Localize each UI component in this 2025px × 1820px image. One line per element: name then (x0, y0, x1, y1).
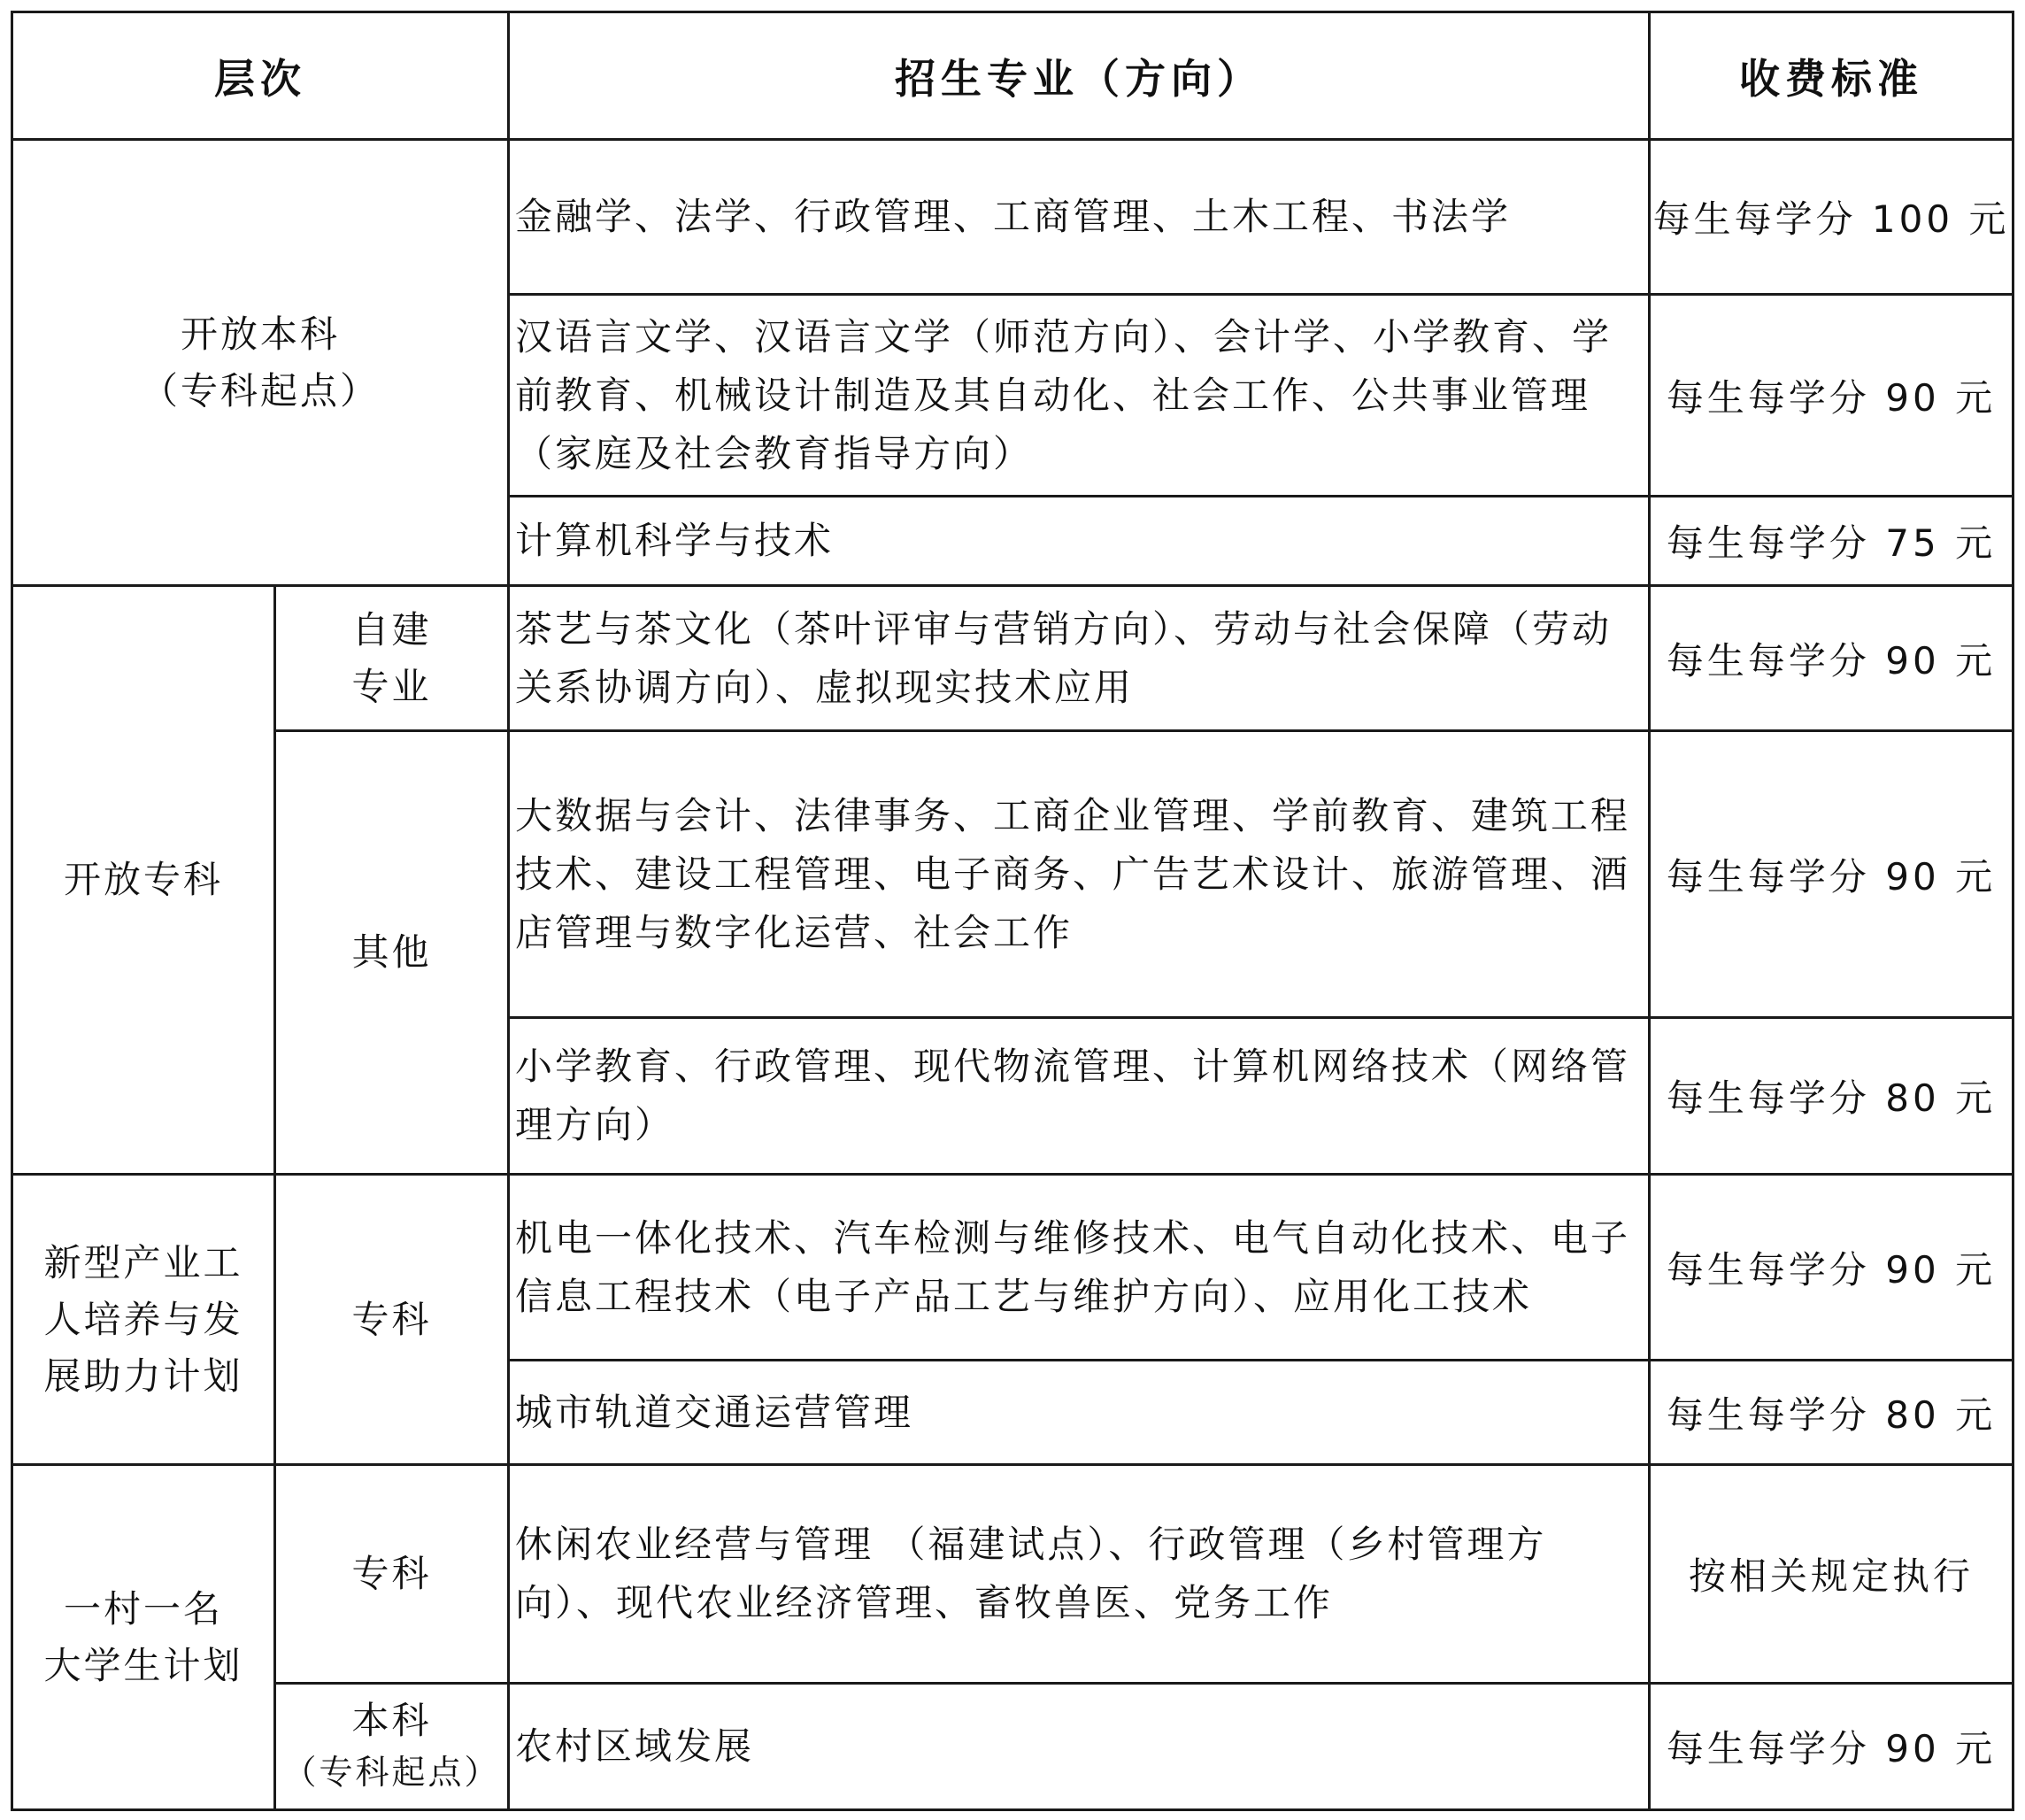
fee-text: 每生每学分 90 元 (1667, 632, 1996, 685)
header-level: 层次 (11, 11, 510, 141)
major-text: 汉语言文学、汉语言文学（师范方向）、会计学、小学教育、学前教育、机械设计制造及其… (515, 308, 1643, 483)
fee-cell: 每生每学分 80 元 (1648, 1016, 2014, 1176)
sublevel-junior-college: 专科 (273, 1463, 510, 1685)
level-industrial-worker-plan: 新型产业工 人培养与发 展助力计划 (11, 1173, 276, 1466)
major-cell: 城市轨道交通运营管理 (507, 1359, 1651, 1466)
major-text: 农村区域发展 (515, 1717, 754, 1776)
major-cell: 汉语言文学、汉语言文学（师范方向）、会计学、小学教育、学前教育、机械设计制造及其… (507, 293, 1651, 497)
major-cell: 计算机科学与技术 (507, 495, 1651, 587)
fee-text: 每生每学分 90 元 (1667, 848, 1996, 901)
major-cell: 金融学、法学、行政管理、工商管理、土木工程、书法学 (507, 138, 1651, 296)
major-text: 机电一体化技术、汽车检测与维修技术、电气自动化技术、电子信息工程技术（电子产品工… (515, 1209, 1643, 1326)
sublevel-line: 专科 (351, 1545, 431, 1603)
major-text: 金融学、法学、行政管理、工商管理、土木工程、书法学 (515, 188, 1511, 246)
level-line: 一村一名 (64, 1581, 223, 1638)
fee-text: 每生每学分 90 元 (1667, 1241, 1996, 1294)
sublevel-other: 其他 (273, 729, 510, 1176)
fee-cell: 每生每学分 90 元 (1648, 293, 2014, 497)
fee-cell: 每生每学分 90 元 (1648, 1173, 2014, 1361)
major-cell: 大数据与会计、法律事务、工商企业管理、学前教育、建筑工程技术、建设工程管理、电子… (507, 729, 1651, 1019)
fee-text: 每生每学分 90 元 (1667, 1720, 1996, 1773)
header-major: 招生专业（方向） (507, 11, 1651, 141)
level-line: 大学生计划 (43, 1638, 243, 1694)
fee-cell: 每生每学分 80 元 (1648, 1359, 2014, 1466)
major-cell: 农村区域发展 (507, 1682, 1651, 1811)
level-line: 开放专科 (64, 851, 223, 909)
major-text: 计算机科学与技术 (515, 512, 834, 570)
level-line: 展助力计划 (43, 1348, 243, 1405)
fee-text: 每生每学分 75 元 (1667, 514, 1996, 567)
sublevel-line: 自建 (351, 602, 431, 659)
fee-cell: 每生每学分 90 元 (1648, 1682, 2014, 1811)
level-line: 人培养与发 (43, 1292, 243, 1348)
major-text: 大数据与会计、法律事务、工商企业管理、学前教育、建筑工程技术、建设工程管理、电子… (515, 787, 1643, 962)
sublevel-line: 专科 (351, 1291, 431, 1349)
sublevel-line: 本科 (351, 1695, 431, 1747)
sublevel-junior-college: 专科 (273, 1173, 510, 1466)
major-cell: 小学教育、行政管理、现代物流管理、计算机网络技术（网络管理方向） (507, 1016, 1651, 1176)
major-text: 小学教育、行政管理、现代物流管理、计算机网络技术（网络管理方向） (515, 1037, 1643, 1154)
fee-cell: 每生每学分 75 元 (1648, 495, 2014, 587)
level-one-village-one-student-plan: 一村一名 大学生计划 (11, 1463, 276, 1811)
level-line: （专科起点） (141, 363, 380, 420)
sublevel-self-built: 自建 专业 (273, 584, 510, 732)
fee-text: 每生每学分 100 元 (1653, 190, 2010, 243)
fee-text: 每生每学分 80 元 (1667, 1069, 1996, 1122)
level-open-undergrad: 开放本科 （专科起点） (11, 138, 510, 587)
sublevel-line: 专业 (351, 659, 431, 715)
fee-text: 每生每学分 90 元 (1667, 369, 1996, 422)
header-fee: 收费标准 (1648, 11, 2014, 141)
major-text: 城市轨道交通运营管理 (515, 1384, 913, 1442)
level-line: 新型产业工 (43, 1235, 243, 1292)
header-level-label: 层次 (214, 47, 306, 105)
major-text: 茶艺与茶文化（茶叶评审与营销方向）、劳动与社会保障（劳动关系协调方向）、虚拟现实… (515, 600, 1643, 717)
fee-cell: 每生每学分 90 元 (1648, 729, 2014, 1019)
sublevel-line: 其他 (351, 923, 431, 982)
header-fee-label: 收费标准 (1739, 47, 1923, 105)
major-text: 休闲农业经营与管理 （福建试点）、行政管理（乡村管理方向）、现代农业经济管理、畜… (515, 1515, 1643, 1632)
major-cell: 休闲农业经营与管理 （福建试点）、行政管理（乡村管理方向）、现代农业经济管理、畜… (507, 1463, 1651, 1685)
major-cell: 机电一体化技术、汽车检测与维修技术、电气自动化技术、电子信息工程技术（电子产品工… (507, 1173, 1651, 1361)
fee-cell: 每生每学分 90 元 (1648, 584, 2014, 732)
fee-cell: 每生每学分 100 元 (1648, 138, 2014, 296)
level-line: 开放本科 (181, 306, 340, 363)
header-major-label: 招生专业（方向） (895, 47, 1263, 105)
sublevel-line: （专科起点） (282, 1747, 500, 1798)
fee-text: 按相关规定执行 (1689, 1547, 1974, 1600)
fee-cell: 按相关规定执行 (1648, 1463, 2014, 1685)
sublevel-undergrad-from-college: 本科 （专科起点） (273, 1682, 510, 1811)
major-cell: 茶艺与茶文化（茶叶评审与营销方向）、劳动与社会保障（劳动关系协调方向）、虚拟现实… (507, 584, 1651, 732)
level-open-junior-college: 开放专科 (11, 584, 276, 1176)
fee-text: 每生每学分 80 元 (1667, 1386, 1996, 1439)
